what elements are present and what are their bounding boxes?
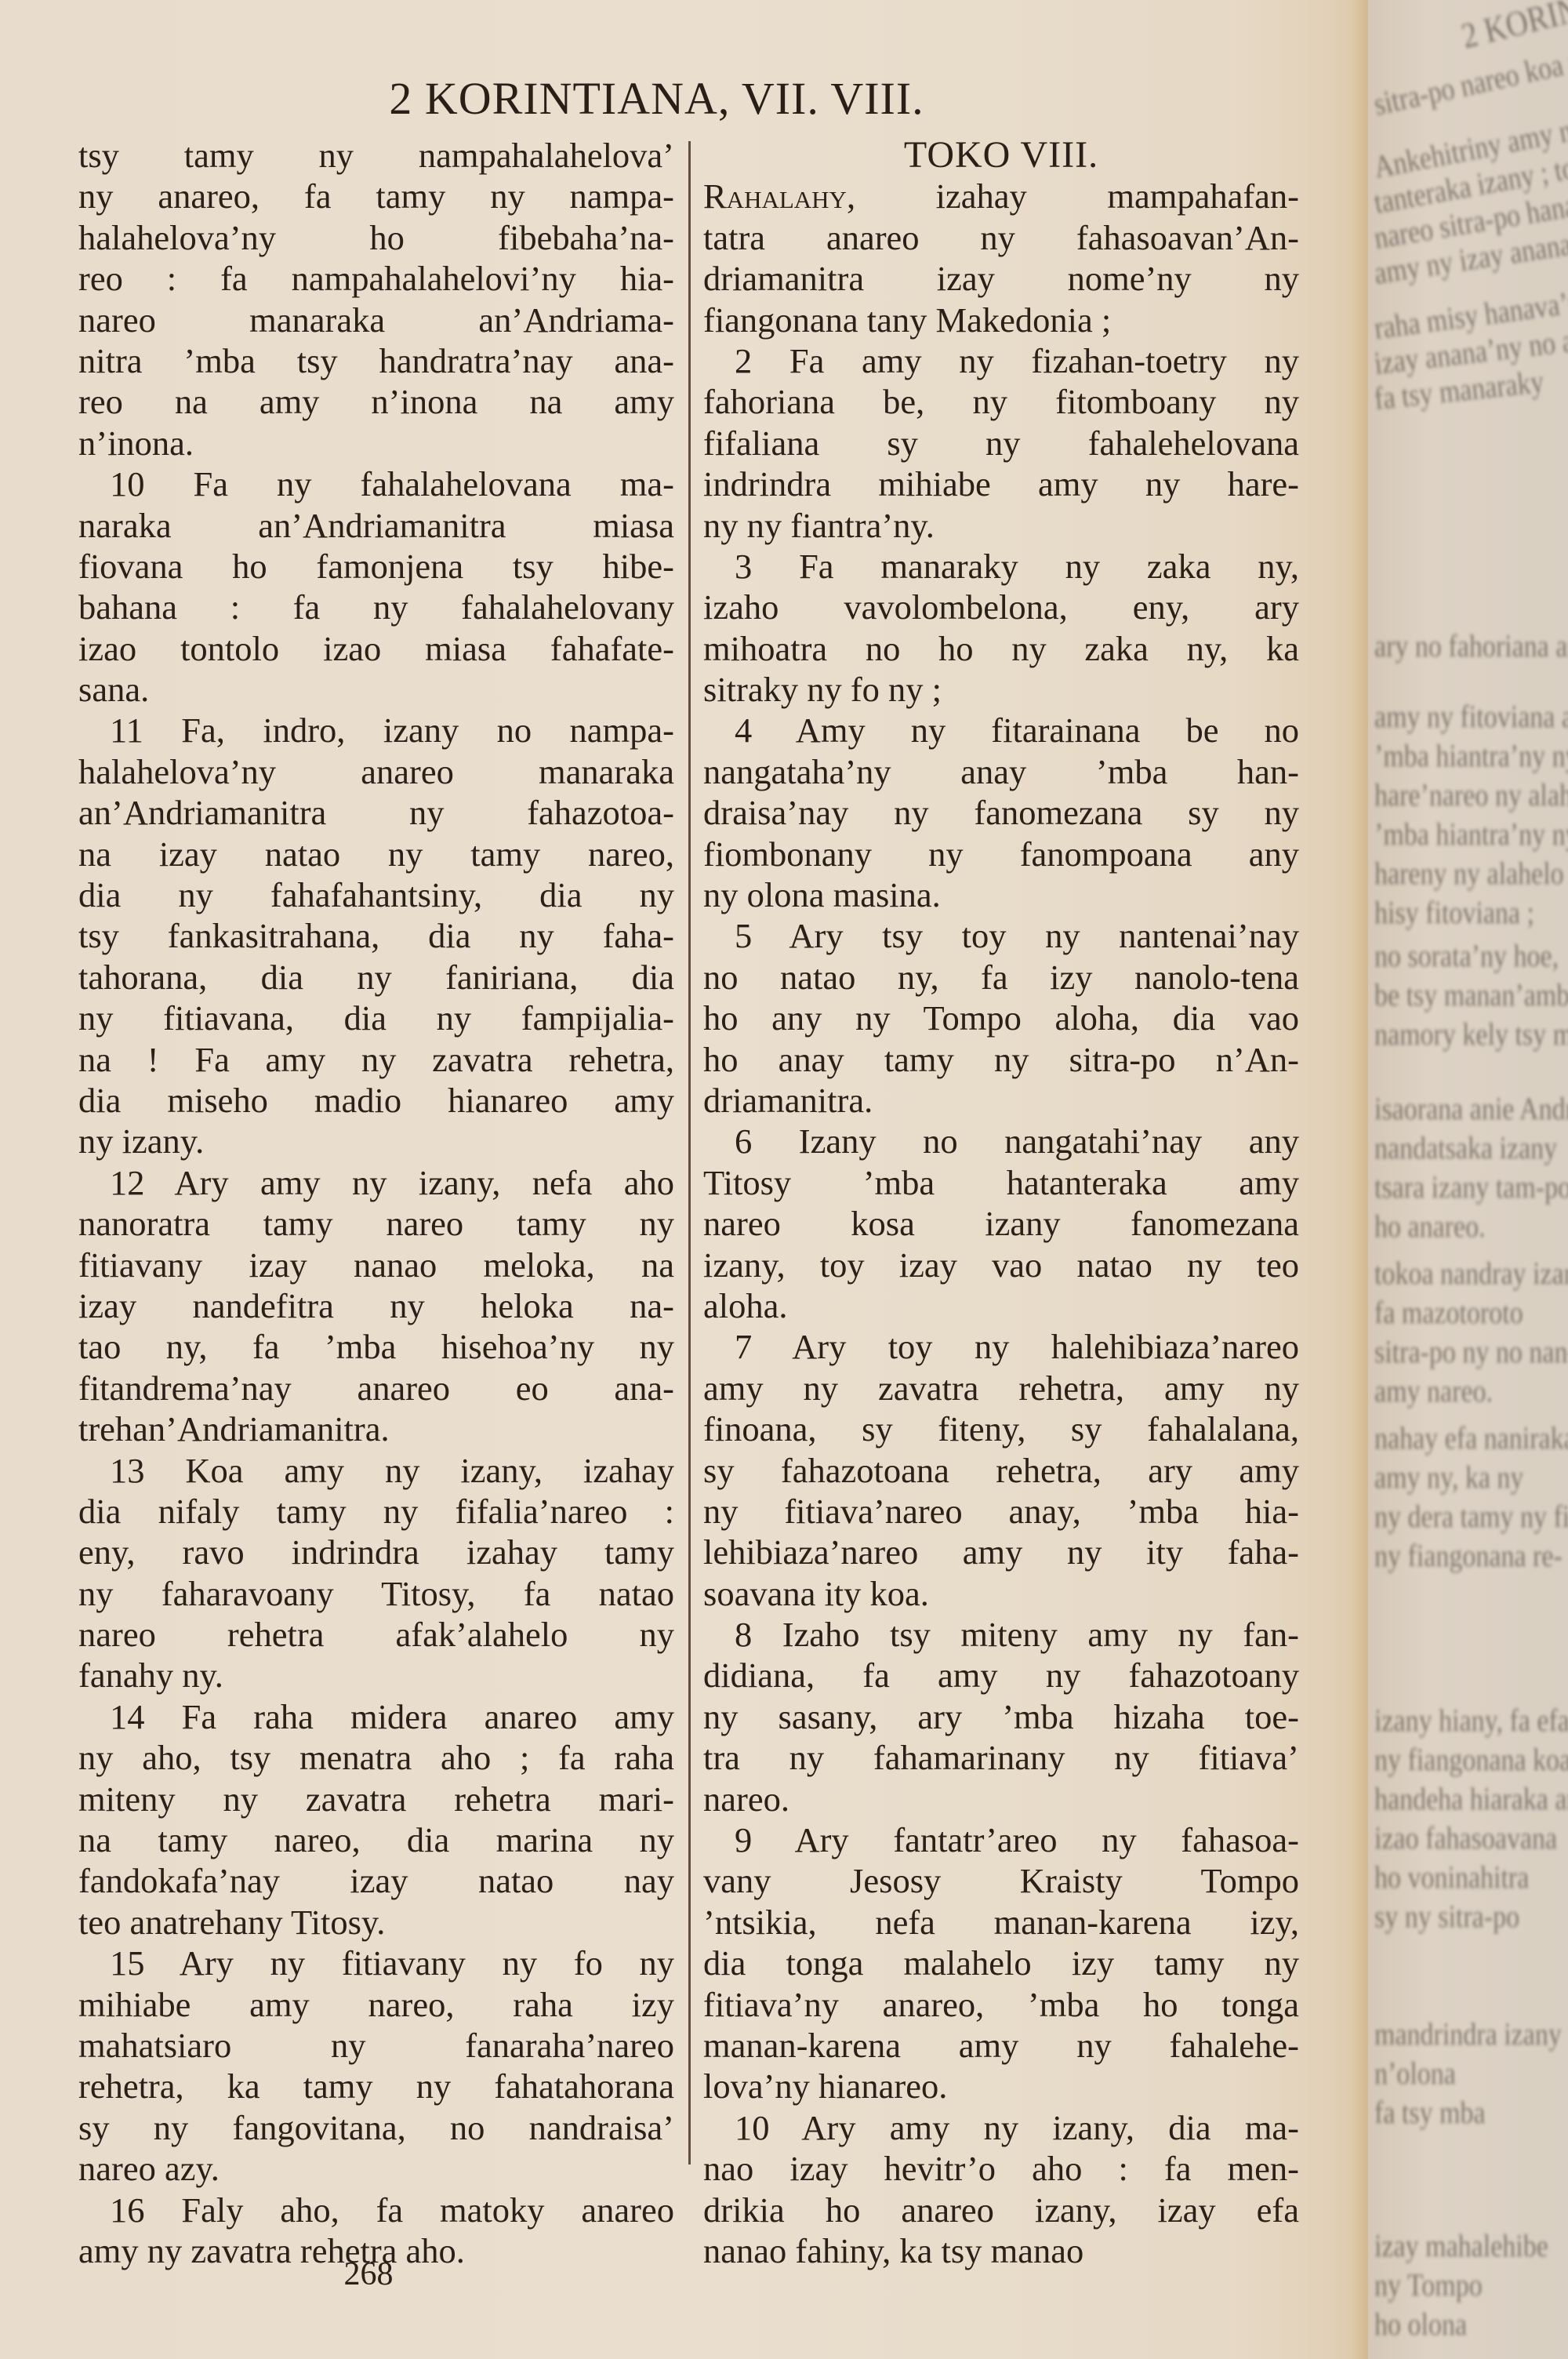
text-line: ny izany.	[78, 1121, 674, 1161]
text-line: ny faharavoany Titosy, fa natao	[78, 1573, 674, 1614]
text-line: ny ny fiantra’ny.	[703, 505, 1299, 546]
text-line: driamanitra.	[703, 1080, 1299, 1121]
text-line: nareo kosa izany fanomezana	[703, 1203, 1299, 1244]
adjacent-page-fragment: isaorana anie Andria-	[1374, 1090, 1568, 1127]
text-line: na izay natao ny tamy nareo,	[78, 834, 674, 874]
text-line: ny sasany, ary ’mba hizaha toe-	[703, 1696, 1299, 1737]
text-line: bahana : fa ny fahalahelovany	[78, 587, 674, 627]
adjacent-page-fragment: ny dera tamy ny fi-	[1374, 1498, 1568, 1535]
right-column: TOKO VIII. Rahalahy, izahay mampahafan-t…	[703, 135, 1299, 2271]
text-line: eny, ravo indrindra izahay tamy	[78, 1532, 674, 1572]
text-line: nitra ’mba tsy handratra’nay ana-	[78, 340, 674, 381]
verse-start-line: 3 Fa manaraky ny zaka ny,	[703, 546, 1299, 587]
adjacent-page-fragment: amy ny, ka ny	[1374, 1459, 1523, 1496]
text-line: sy ny fangovitana, no nandraisa’	[78, 2107, 674, 2148]
chapter-heading: TOKO VIII.	[703, 135, 1299, 176]
text-line: sitraky ny fo ny ;	[703, 669, 1299, 710]
verse-start-line: 13 Koa amy ny izany, izahay	[78, 1450, 674, 1491]
text-line: ’ntsikia, nefa manan-karena izy,	[703, 1902, 1299, 1943]
text-line: lova’ny hianareo.	[703, 2066, 1299, 2106]
verse-start-line: 14 Fa raha midera anareo amy	[78, 1696, 674, 1737]
adjacent-page-fragment: tokoa nandray izany	[1374, 1255, 1568, 1292]
verse-start-line: 6 Izany no nangatahi’nay any	[703, 1121, 1299, 1161]
text-line: ho anay tamy ny sitra-po n’An-	[703, 1039, 1299, 1080]
adjacent-page-fragment: be tsy manan’ambiny ;	[1374, 976, 1568, 1013]
adjacent-page-fragment: hare’nareo ny alahelo	[1374, 776, 1568, 813]
text-line: n’inona.	[78, 423, 674, 463]
adjacent-page-fragment: sy ny sitra-po	[1374, 1898, 1519, 1935]
text-line: fitiava’ny anareo, ’mba ho tonga	[703, 1984, 1299, 2025]
text-line: tra ny fahamarinany ny fitiava’	[703, 1737, 1299, 1778]
verse-start-line: 9 Ary fantatr’areo ny fahasoa-	[703, 1819, 1299, 1860]
text-line: driamanitra izay nome’ny ny	[703, 258, 1299, 299]
text-line: trehan’Andriamanitra.	[78, 1408, 674, 1449]
text-line: vany Jesosy Kraisty Tompo	[703, 1860, 1299, 1901]
text-line: ny olona masina.	[703, 874, 1299, 915]
book-page: 2 KORINTIANA, VII. VIII. tsy tamy ny nam…	[0, 0, 1368, 2359]
verse-start-line: 12 Ary amy ny izany, nefa aho	[78, 1162, 674, 1203]
verse-start-line: 4 Amy ny fitarainana be no	[703, 710, 1299, 751]
adjacent-page-blurred: 2 KORINTIANAsitra-po nareo koa tamyAnkeh…	[1368, 0, 1568, 2359]
verse-start-line: 10 Ary amy ny izany, dia ma-	[703, 2107, 1299, 2148]
adjacent-page-fragment: sitra-po ny no nan-	[1374, 1333, 1568, 1370]
text-line: fanahy ny.	[78, 1655, 674, 1696]
text-line: reo : fa nampahalahelovi’ny hia-	[78, 258, 674, 299]
text-line: tao ny, fa ’mba hisehoa’ny ny	[78, 1326, 674, 1367]
adjacent-page-fragment: ny Tompo	[1374, 2266, 1483, 2303]
text-line: naraka an’Andriamanitra miasa	[78, 505, 674, 546]
text-line: Titosy ’mba hatanteraka amy	[703, 1162, 1299, 1203]
text-line: nareo azy.	[78, 2148, 674, 2189]
text-line: soavana ity koa.	[703, 1573, 1299, 1614]
text-line: no natao ny, fa izy nanolo-tena	[703, 957, 1299, 998]
verse-start-line: 5 Ary tsy toy ny nantenai’nay	[703, 915, 1299, 956]
text-line: sana.	[78, 669, 674, 710]
text-line: indrindra mihiabe amy ny hare-	[703, 463, 1299, 504]
text-line: izay nandefitra ny heloka na-	[78, 1285, 674, 1326]
text-line: izaho vavolombelona, eny, ary	[703, 587, 1299, 627]
adjacent-page-fragment: izany hiany, fa efa	[1374, 1702, 1568, 1739]
text-line: fahoriana be, ny fitomboany ny	[703, 381, 1299, 422]
drop-word-smallcaps: Rahalahy	[703, 176, 847, 216]
text-line: fiovana ho famonjena tsy hibe-	[78, 546, 674, 587]
column-divider-rule	[688, 141, 691, 2165]
text-line: nanoratra tamy nareo tamy ny	[78, 1203, 674, 1244]
text-line: halahelova’ny anareo manaraka	[78, 751, 674, 792]
verse-start-line: 16 Faly aho, fa matoky anareo	[78, 2190, 674, 2230]
text-line: dia miseho madio hianareo amy	[78, 1080, 674, 1121]
text-line: lehibiaza’nareo amy ny ity faha-	[703, 1532, 1299, 1572]
text-line: ny fitiavana, dia ny fampijalia-	[78, 998, 674, 1038]
text-line: finoana, sy fiteny, sy fahalalana,	[703, 1408, 1299, 1449]
running-head-text: 2 KORINTIANA, VII. VIII.	[389, 73, 924, 124]
text-line: draisa’nay ny fanomezana sy ny	[703, 792, 1299, 833]
text-line: nangataha’ny anay ’mba han-	[703, 751, 1299, 792]
text-line: na ! Fa amy ny zavatra rehetra,	[78, 1039, 674, 1080]
text-line: nareo rehetra afak’alahelo ny	[78, 1614, 674, 1655]
text-line: mihiabe amy nareo, raha izy	[78, 1984, 674, 2025]
adjacent-page-fragment: ’mba hiantra’ny ny faha-	[1374, 816, 1568, 852]
adjacent-page-fragment: izao fahasoavana	[1374, 1819, 1557, 1856]
text-line: fifaliana sy ny fahalehelovana	[703, 423, 1299, 463]
text-line: fitandrema’nay anareo eo ana-	[78, 1368, 674, 1408]
text-line: izany, toy izay vao natao ny teo	[703, 1245, 1299, 1285]
text-line: ny aho, tsy menatra aho ; fa raha	[78, 1737, 674, 1778]
text-line: tahorana, dia ny faniriana, dia	[78, 957, 674, 998]
adjacent-page-fragment: tsara izany tam-po	[1374, 1169, 1568, 1205]
text-line: halahelova’ny ho fibebaha’na-	[78, 217, 674, 258]
text-line: rehetra, ka tamy ny fahatahorana	[78, 2066, 674, 2106]
text-line: ny anareo, fa tamy ny nampa-	[78, 176, 674, 216]
text-line: fiangonana tany Makedonia ;	[703, 300, 1299, 340]
verse-start-line: 15 Ary ny fitiavany ny fo ny	[78, 1943, 674, 1983]
text-line: manan-karena amy ny fahalehe-	[703, 2025, 1299, 2066]
text-line: drikia ho anareo izany, izay efa	[703, 2190, 1299, 2230]
verse-start-line: 11 Fa, indro, izany no nampa-	[78, 710, 674, 751]
text-line: didiana, fa amy ny fahazotoany	[703, 1655, 1299, 1696]
text-line: dia nifaly tamy ny fifalia’nareo :	[78, 1491, 674, 1532]
text-line: na tamy nareo, dia marina ny	[78, 1819, 674, 1860]
adjacent-page-fragment: handeha hiaraka amy	[1374, 1780, 1568, 1817]
text-line: mihoatra no ho ny zaka ny, ka	[703, 628, 1299, 669]
adjacent-page-fragment: n’olona	[1374, 2055, 1456, 2092]
adjacent-page-fragment: ’mba hiantra’ny ny	[1374, 737, 1568, 774]
adjacent-page-fragment: ny fiangonana koa	[1374, 1741, 1568, 1778]
adjacent-page-fragment: ary no fahoriana any	[1374, 627, 1568, 664]
text-line: teo anatrehany Titosy.	[78, 1902, 674, 1943]
text-line: reo na amy n’inona na amy	[78, 381, 674, 422]
text-line: miteny ny zavatra rehetra mari-	[78, 1779, 674, 1819]
text-line: nanao fahiny, ka tsy manao	[703, 2230, 1299, 2271]
text-line: tsy fankasitrahana, dia ny faha-	[78, 915, 674, 956]
adjacent-page-fragment: fa tsy mba	[1374, 2094, 1486, 2131]
adjacent-page-fragment: no sorata’ny hoe,	[1374, 937, 1559, 974]
adjacent-page-fragment: ho voninahitra	[1374, 1859, 1529, 1896]
verse-start-line: 2 Fa amy ny fizahan-toetry ny	[703, 340, 1299, 381]
adjacent-page-fragment: hareny ny alahelo nareo	[1374, 855, 1568, 892]
page-number: 268	[325, 2255, 412, 2293]
adjacent-page-fragment: nahay efa naniraka	[1374, 1419, 1568, 1456]
text-line: Rahalahy, izahay mampahafan-	[703, 176, 1299, 216]
adjacent-page-fragment: izay mahalehibe	[1374, 2227, 1548, 2264]
text-line: nareo.	[703, 1779, 1299, 1819]
text-line: nareo manaraka an’Andriama-	[78, 300, 674, 340]
text-line: fandokafa’nay izay natao nay	[78, 1860, 674, 1901]
verse-start-line: 7 Ary toy ny halehibiaza’nareo	[703, 1326, 1299, 1367]
adjacent-page-fragment: amy ny fitoviana anke-	[1374, 698, 1568, 735]
adjacent-page-fragment: amy nareo.	[1374, 1372, 1493, 1409]
text-line: aloha.	[703, 1285, 1299, 1326]
left-column: tsy tamy ny nampahalahelova’ny anareo, f…	[78, 135, 674, 2271]
adjacent-page-fragment: ho olona	[1374, 2306, 1467, 2343]
text-line: dia ny fahafahantsiny, dia ny	[78, 874, 674, 915]
verse-start-line: 8 Izaho tsy miteny amy ny fan-	[703, 1614, 1299, 1655]
text-line: tatra anareo ny fahasoavan’An-	[703, 217, 1299, 258]
text-line: mahatsiaro ny fanaraha’nareo	[78, 2025, 674, 2066]
adjacent-page-fragment: namory kely tsy ma-	[1374, 1016, 1568, 1052]
text-line: fiombonany ny fanompoana any	[703, 834, 1299, 874]
running-head: 2 KORINTIANA, VII. VIII.	[0, 72, 1368, 125]
text-line: fitiavany izay nanao meloka, na	[78, 1245, 674, 1285]
text-line: ny fitiava’nareo anay, ’mba hia-	[703, 1491, 1299, 1532]
adjacent-page-fragment: ny fiangonana re-	[1374, 1537, 1563, 1574]
text-line: amy ny zavatra rehetra, amy ny	[703, 1368, 1299, 1408]
verse-start-line: 10 Fa ny fahalahelovana ma-	[78, 463, 674, 504]
text-line: ho any ny Tompo aloha, dia vao	[703, 998, 1299, 1038]
text-line: nao izay hevitr’o aho : fa men-	[703, 2148, 1299, 2189]
text-line: izao tontolo izao miasa fahafate-	[78, 628, 674, 669]
text-line: an’Andriamanitra ny fahazotoa-	[78, 792, 674, 833]
adjacent-page-fragment: nandatsaka izany	[1374, 1129, 1557, 1166]
text-line: sy fahazotoana rehetra, ary amy	[703, 1450, 1299, 1491]
adjacent-page-fragment: hisy fitoviana ;	[1374, 894, 1534, 931]
adjacent-page-fragment: fa mazotoroto	[1374, 1294, 1523, 1331]
text-line: dia tonga malahelo izy tamy ny	[703, 1943, 1299, 1983]
adjacent-page-fragment: mandrindra izany	[1374, 2016, 1562, 2052]
text-line: tsy tamy ny nampahalahelova’	[78, 135, 674, 176]
adjacent-page-fragment: ho anareo.	[1374, 1208, 1486, 1245]
